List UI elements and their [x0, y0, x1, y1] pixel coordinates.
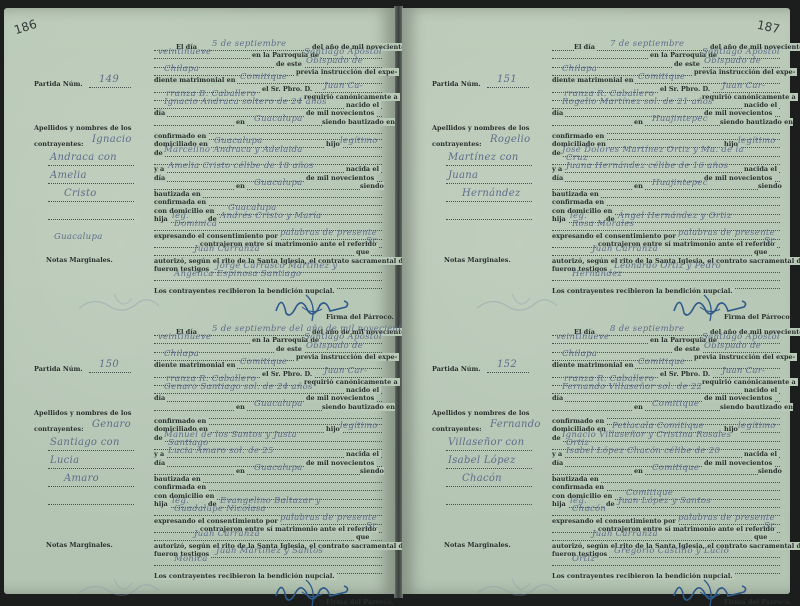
faint-stamp-mark	[74, 575, 164, 605]
handwritten-bautizado-en: Comitique	[652, 399, 699, 409]
handwritten-testigos-cont: Angélica Espinosa Santiago	[174, 269, 301, 279]
partida-number: 150	[99, 359, 119, 370]
entry-form-body: El díadel año de mil novecientos7 de sep…	[552, 28, 784, 318]
notas-marginales-label: Notas Marginales.	[46, 541, 113, 549]
handwritten-novio: Rogelio Martínez sol. de 21 años	[562, 97, 713, 107]
handwritten-diocese: Obispado de	[704, 56, 761, 66]
register-book-spread: 186 Partida Núm. 149 Apellidos y nombres…	[0, 0, 800, 606]
handwritten-referido-cont: Juan Carranza	[592, 244, 658, 254]
contrayente-line-1: Ignacio	[92, 134, 132, 145]
handwritten-diocese: Obispado de	[704, 341, 761, 351]
apellidos-label: Apellidos y nombres de los	[432, 409, 529, 417]
entry-form-body: El díadel año de mil novecientos5 de sep…	[154, 313, 389, 603]
partida-number: 151	[497, 74, 517, 85]
contrayente-line-4: Cristo	[64, 188, 97, 199]
apellidos-label: Apellidos y nombres de los	[34, 124, 131, 132]
handwritten-padres-novia-cont: Guadalupe Nicolasa	[174, 504, 266, 514]
handwritten-padres-novio: José Dolores Martínez Ortiz y Ma. de la	[562, 145, 744, 155]
contrayente-line-2: Villaseñor con	[448, 437, 524, 448]
handwritten-padres-novia: Andrés Cristo y María	[220, 211, 322, 221]
contrayente-line-4: Chacón	[462, 473, 502, 484]
entry-left-column: Partida Núm. 149 Apellidos y nombres de …	[4, 28, 154, 318]
partida-label: Partida Núm.	[432, 365, 481, 373]
handwritten-novia: Lucia Amaro sol. de 25	[168, 446, 274, 456]
handwritten-referido-cont: Juan Carranza	[592, 529, 658, 539]
notas-marginales-label: Notas Marginales.	[444, 541, 511, 549]
contrayente-line-3: Lucia	[50, 455, 79, 466]
handwritten-priest: Juan Car-	[722, 366, 765, 376]
handwritten-anio: veintinueve	[158, 332, 211, 342]
entry-left-column: Partida Núm. 151 Apellidos y nombres de …	[402, 28, 552, 318]
contrayente-line-3: Amelia	[50, 170, 87, 181]
marriage-entry: Partida Núm. 151 Apellidos y nombres de …	[402, 28, 790, 318]
contrayente-line-4: Hernández	[462, 188, 521, 199]
handwritten-bautizada-en: Comitique	[652, 463, 699, 473]
contrayente-line-2: Martínez con	[448, 152, 519, 163]
apellidos-label: Apellidos y nombres de los	[432, 124, 529, 132]
partida-label: Partida Núm.	[34, 80, 83, 88]
handwritten-consentimiento: palabras de presente	[678, 228, 775, 238]
handwritten-padres-novio: Marcelino Andraca y Adelaida	[164, 145, 303, 155]
handwritten-padres-novia: Juan López y Santos	[618, 496, 711, 506]
partida-label: Partida Núm.	[432, 80, 481, 88]
handwritten-bautizada-en: Guacalupa	[254, 178, 303, 188]
handwritten-expediente-en: Comitique	[638, 72, 685, 82]
handwritten-testigos-cont: Ortiz	[572, 554, 595, 564]
handwritten-padres-novia-cont: Chacón	[572, 504, 606, 514]
handwritten-bautizado-en: Guacalupa	[254, 399, 303, 409]
handwritten-priest: Juan Car-	[722, 81, 765, 91]
handwritten-referido: Sr.	[366, 236, 379, 246]
handwritten-consentimiento: palabras de presente	[280, 513, 377, 523]
handwritten-expediente-en: Comitique	[240, 72, 287, 82]
handwritten-referido: Sr.	[366, 521, 379, 531]
handwritten-hijo: legítimo	[340, 421, 378, 431]
handwritten-hijo: legítimo	[340, 136, 378, 146]
right-page: 187 Partida Núm. 151 Apellidos y nombres…	[402, 8, 790, 594]
handwritten-dia: 5 de septiembre	[212, 39, 286, 49]
partida-number: 152	[497, 359, 517, 370]
handwritten-referido-cont: Juan Carranza	[194, 529, 260, 539]
contrayente-line-1: Genaro	[92, 419, 131, 430]
handwritten-dia: 8 de septiembre	[610, 324, 684, 334]
contrayentes-label: contrayentes:	[34, 425, 84, 433]
handwritten-diocese: Obispado de	[306, 341, 363, 351]
entry-form-body: El díadel año de mil novecientos8 de sep…	[552, 313, 784, 603]
partida-label: Partida Núm.	[34, 365, 83, 373]
contrayente-line-1: Fernando	[490, 419, 541, 430]
handwritten-padres-novia-cont: Rosa Morales	[572, 219, 634, 229]
marriage-entry: Partida Núm. 149 Apellidos y nombres de …	[4, 28, 395, 318]
entry-left-column: Partida Núm. 152 Apellidos y nombres de …	[402, 313, 552, 603]
handwritten-expediente-en: Comitique	[240, 357, 287, 367]
handwritten-bautizado-en: Guacalupa	[254, 114, 303, 124]
handwritten-dia: 7 de septiembre	[610, 39, 684, 49]
contrayente-line-4: Amaro	[64, 473, 99, 484]
handwritten-novio: Fernando Villaseñor sol. de 22	[562, 382, 702, 392]
handwritten-testigos: Gregorio Castillo y Lucio	[614, 546, 729, 556]
apellidos-label: Apellidos y nombres de los	[34, 409, 131, 417]
contrayentes-label: contrayentes:	[432, 140, 482, 148]
handwritten-referido: Sr.	[764, 521, 777, 531]
handwritten-diocese: Obispado de	[306, 56, 363, 66]
handwritten-referido-cont: Juan Carranza	[194, 244, 260, 254]
handwritten-novio: Genaro Santiago sol. de 24 años	[164, 382, 313, 392]
margin-note: Guacalupa	[54, 232, 103, 242]
handwritten-bautizada-en: Huajintepec	[652, 178, 708, 188]
handwritten-consentimiento: palabras de presente	[678, 513, 775, 523]
marriage-entry: Partida Núm. 152 Apellidos y nombres de …	[402, 313, 790, 603]
handwritten-lugar: Chilapa	[164, 64, 199, 74]
handwritten-testigos-cont: Hernández	[572, 269, 622, 279]
contrayentes-label: contrayentes:	[432, 425, 482, 433]
handwritten-testigos: Leonardo Ortiz y Pedro	[614, 261, 721, 271]
handwritten-anio: veintinueve	[158, 47, 211, 57]
entry-form-body: El díadel año de mil novecientos5 de sep…	[154, 28, 389, 318]
contrayente-line-2: Santiago con	[50, 437, 120, 448]
handwritten-testigos: Juan Martínez y Santos	[216, 546, 323, 556]
contrayente-line-1: Rogelio	[490, 134, 530, 145]
notas-marginales-label: Notas Marginales.	[444, 256, 511, 264]
handwritten-hijo: legítimo	[738, 421, 776, 431]
handwritten-novio: Ignacio Andraca soltero de 24 años	[164, 97, 327, 107]
handwritten-consentimiento: palabras de presente	[280, 228, 377, 238]
handwritten-padres-novia-cont: Dominica	[174, 219, 217, 229]
contrayente-line-3: Isabel López	[448, 455, 516, 466]
marriage-entry: Partida Núm. 150 Apellidos y nombres de …	[4, 313, 395, 603]
contrayentes-label: contrayentes:	[34, 140, 84, 148]
handwritten-novia: Isabel López Chacón célibe de 20	[566, 446, 720, 456]
handwritten-lugar: Chilapa	[164, 349, 199, 359]
firma-del-parroco-label: Firma del Párroco.	[326, 598, 394, 606]
handwritten-referido: Sr.	[764, 236, 777, 246]
handwritten-novia: Amelia Cristo célibe de 18 años	[168, 161, 314, 171]
handwritten-lugar: Chilapa	[562, 349, 597, 359]
handwritten-padres-novia: Ángel Hernández y Ortiz	[618, 211, 732, 221]
handwritten-expediente-en: Comitique	[638, 357, 685, 367]
contrayente-line-2: Andraca con	[50, 152, 117, 163]
firma-del-parroco-label: Firma del Párroco.	[724, 598, 792, 606]
left-page: 186 Partida Núm. 149 Apellidos y nombres…	[4, 8, 395, 594]
handwritten-bautizado-en: Huajintepec	[652, 114, 708, 124]
partida-number: 149	[99, 74, 119, 85]
entry-left-column: Partida Núm. 150 Apellidos y nombres de …	[4, 313, 154, 603]
handwritten-anio: veintinueve	[556, 332, 609, 342]
handwritten-lugar: Chilapa	[562, 64, 597, 74]
contrayente-line-3: Juana	[448, 170, 478, 181]
handwritten-novia: Juana Hernández célibe de 16 años	[566, 161, 728, 171]
handwritten-priest: Juan Ca-	[324, 81, 363, 91]
handwritten-testigos-cont: Monica	[174, 554, 208, 564]
notas-marginales-label: Notas Marginales.	[46, 256, 113, 264]
faint-stamp-mark	[472, 575, 562, 605]
handwritten-priest: Juan Car-	[324, 366, 367, 376]
handwritten-bautizada-en: Guacalupa	[254, 463, 303, 473]
